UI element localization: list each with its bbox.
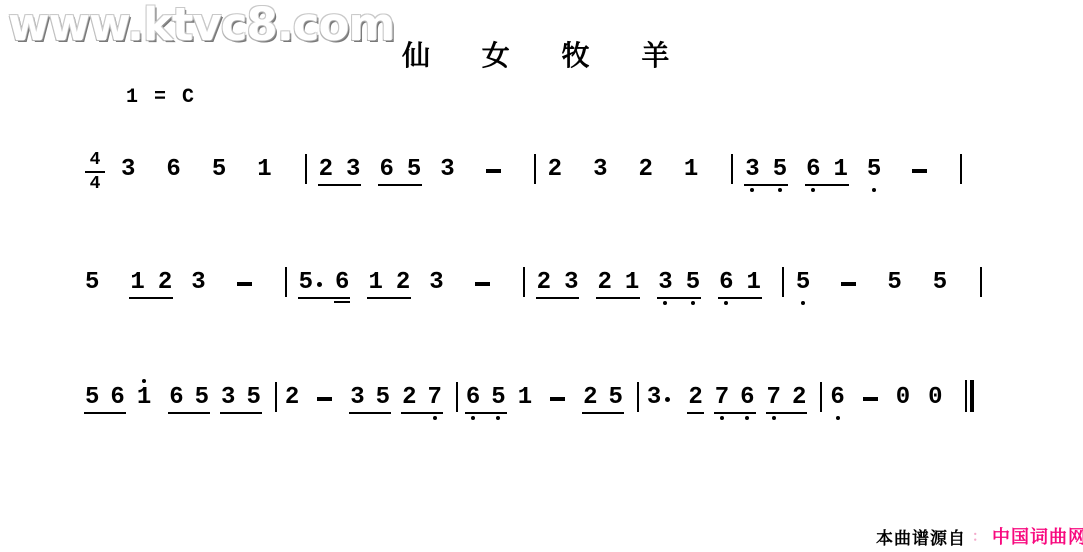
note: 5 (195, 386, 209, 410)
note-digit: 5 (933, 271, 947, 295)
barline (275, 382, 277, 412)
duration-dash (475, 282, 490, 286)
octave-dot-low (745, 416, 749, 420)
note: 2 (158, 271, 172, 295)
note-digit: 2 (597, 271, 611, 295)
fraction-line (85, 171, 105, 173)
note-digit: 6 (166, 158, 180, 182)
barline (782, 267, 784, 297)
note-digit: 2 (158, 271, 172, 295)
footer: 本曲谱源自 ： 中国词曲网 (876, 523, 1083, 549)
note: 2 (537, 271, 551, 295)
beam-group: 72 (767, 386, 807, 410)
note: 7 (767, 386, 781, 410)
note-digit: 5 (85, 386, 99, 410)
beam-underline (718, 297, 762, 299)
final-barline-thick (970, 380, 974, 412)
note: 2 (597, 271, 611, 295)
note: 2 (688, 386, 702, 410)
note: 5 (867, 158, 881, 182)
note-digit: 7 (767, 386, 781, 410)
note-digit: 6 (379, 158, 393, 182)
note-digit: 6 (740, 386, 754, 410)
note-digit: 5 (686, 271, 700, 295)
note-digit: 3 (346, 158, 360, 182)
note: 3 (221, 386, 235, 410)
note-digit: 5 (246, 386, 260, 410)
note: 1 (834, 158, 848, 182)
note: 2 (402, 386, 416, 410)
beam-underline (129, 297, 173, 299)
beam-group: 35 (745, 158, 787, 182)
rest-note: 0 (896, 386, 910, 410)
note: 6 (806, 158, 820, 182)
note-digit: 3 (121, 158, 135, 182)
note: 5 (686, 271, 700, 295)
octave-dot-low (691, 301, 695, 305)
note: 3 (745, 158, 759, 182)
beam-underline (318, 184, 362, 186)
note: 6 (169, 386, 183, 410)
note: 5 (376, 386, 390, 410)
note-digit: 3 (350, 386, 364, 410)
duration-dash (863, 397, 878, 401)
final-barline (965, 380, 974, 412)
note-digit: 6 (719, 271, 733, 295)
note-digit: 5 (195, 386, 209, 410)
note-digit: 3 (564, 271, 578, 295)
beam-group: 12 (368, 271, 410, 295)
barline (534, 154, 536, 184)
note: 5 (212, 158, 226, 182)
beam-group: 61 (806, 158, 848, 182)
octave-dot-low (471, 416, 475, 420)
note: 6 (466, 386, 480, 410)
duration-dash (841, 282, 856, 286)
notation-line-2: 51235612323213561555 (85, 265, 994, 295)
note-digit: 3 (191, 271, 205, 295)
octave-dot-low (836, 416, 840, 420)
beam-group: 35 (221, 386, 261, 410)
beam-group: 35 (350, 386, 390, 410)
beam-group: 2 (688, 386, 702, 410)
octave-dot-low (811, 188, 815, 192)
rest-note: 0 (928, 386, 942, 410)
note-digit: 2 (396, 271, 410, 295)
watermark: www.ktvc8.com (8, 0, 394, 51)
beam-underline (536, 297, 580, 299)
note: 3 (121, 158, 135, 182)
note-digit: 3 (593, 158, 607, 182)
note: 3 (647, 386, 670, 410)
note: 6 (719, 271, 733, 295)
note-digit: 6 (169, 386, 183, 410)
note-digit: 1 (625, 271, 639, 295)
beam-group: 65 (169, 386, 209, 410)
beam-group: 35 (658, 271, 700, 295)
notation-line-3: 56165352352765125327672600 (85, 380, 974, 410)
note: 1 (137, 386, 151, 410)
augmentation-dot (665, 397, 670, 402)
note: 3 (346, 158, 360, 182)
augmentation-dot (317, 282, 322, 287)
note: 5 (796, 271, 810, 295)
note-digit: 0 (896, 386, 910, 410)
note-digit: 2 (688, 386, 702, 410)
note: 2 (319, 158, 333, 182)
beam-underline (687, 412, 703, 414)
note: 5 (887, 271, 901, 295)
duration-dash (486, 169, 501, 173)
octave-dot-low (750, 188, 754, 192)
octave-dot-high (142, 379, 146, 383)
note: 5 (407, 158, 421, 182)
barline (637, 382, 639, 412)
barline (523, 267, 525, 297)
note-digit: 2 (285, 386, 299, 410)
note: 1 (368, 271, 382, 295)
note: 3 (440, 158, 454, 182)
octave-dot-low (872, 188, 876, 192)
note: 5 (85, 386, 99, 410)
note-digit: 5 (85, 271, 99, 295)
beam-underline (582, 412, 624, 414)
note: 5 (609, 386, 623, 410)
beam-group: 56 (85, 386, 125, 410)
source-site-link[interactable]: 中国词曲网 (992, 523, 1083, 549)
barline (960, 154, 962, 184)
note-digit: 2 (319, 158, 333, 182)
note-digit: 2 (402, 386, 416, 410)
note-digit: 3 (440, 158, 454, 182)
note: 6 (335, 271, 349, 295)
note: 6 (830, 386, 844, 410)
beam-underline (465, 412, 507, 414)
note: 3 (658, 271, 672, 295)
note-digit: 3 (745, 158, 759, 182)
note-digit: 7 (427, 386, 441, 410)
beam-underline (367, 297, 411, 299)
note: 6 (740, 386, 754, 410)
note-digit: 6 (335, 271, 349, 295)
beam-group: 12 (130, 271, 172, 295)
beam-group: 76 (715, 386, 755, 410)
sheet-music-page: www.ktvc8.com 仙 女 牧 羊 1 = C 443651236532… (0, 0, 1083, 552)
note: 5 (491, 386, 505, 410)
note-digit: 3 (221, 386, 235, 410)
beam-group: 65 (379, 158, 421, 182)
beam-underline (766, 412, 808, 414)
note: 5 (299, 271, 322, 295)
note: 2 (285, 386, 299, 410)
beam-group: 56 (299, 271, 350, 295)
beam-underline (378, 184, 422, 186)
note-digit: 6 (806, 158, 820, 182)
note: 2 (583, 386, 597, 410)
note-digit: 1 (130, 271, 144, 295)
note: 1 (684, 158, 698, 182)
octave-dot-low (724, 301, 728, 305)
octave-dot-low (778, 188, 782, 192)
note: 3 (429, 271, 443, 295)
beam-group: 25 (583, 386, 623, 410)
note-digit: 5 (491, 386, 505, 410)
note-digit: 6 (830, 386, 844, 410)
note: 2 (792, 386, 806, 410)
note-digit: 0 (928, 386, 942, 410)
beam-underline (220, 412, 262, 414)
beam-group: 21 (597, 271, 639, 295)
notation-line-1: 44365123653232135615 (85, 152, 974, 182)
sixteenth-underline (334, 301, 350, 303)
barline (980, 267, 982, 297)
beam-group: 61 (719, 271, 761, 295)
barline (731, 154, 733, 184)
note: 3 (350, 386, 364, 410)
beam-group: 65 (466, 386, 506, 410)
note: 1 (130, 271, 144, 295)
note-digit: 5 (887, 271, 901, 295)
source-separator: ： (972, 526, 986, 546)
note-digit: 1 (518, 386, 532, 410)
duration-dash (912, 169, 927, 173)
time-signature: 44 (85, 151, 105, 193)
note: 5 (85, 271, 99, 295)
note: 2 (396, 271, 410, 295)
beam-group: 23 (319, 158, 361, 182)
note-digit: 1 (368, 271, 382, 295)
note: 5 (246, 386, 260, 410)
duration-dash (237, 282, 252, 286)
note: 5 (933, 271, 947, 295)
final-barline-thin (965, 380, 967, 412)
note-digit: 3 (658, 271, 672, 295)
beam-underline (596, 297, 640, 299)
note: 6 (110, 386, 124, 410)
octave-dot-low (801, 301, 805, 305)
key-signature: 1 = C (126, 86, 196, 109)
note: 1 (518, 386, 532, 410)
note-digit: 1 (834, 158, 848, 182)
note-digit: 1 (684, 158, 698, 182)
note-digit: 1 (747, 271, 761, 295)
note-digit: 6 (110, 386, 124, 410)
barline (456, 382, 458, 412)
note-digit: 5 (867, 158, 881, 182)
beam-group: 27 (402, 386, 442, 410)
beam-underline (401, 412, 443, 414)
octave-dot-low (433, 416, 437, 420)
note: 1 (257, 158, 271, 182)
note: 6 (379, 158, 393, 182)
note: 3 (191, 271, 205, 295)
note-digit: 3 (429, 271, 443, 295)
beam-underline (714, 412, 756, 414)
duration-dash (550, 397, 565, 401)
note-digit: 3 (647, 386, 661, 410)
note-digit: 5 (773, 158, 787, 182)
note: 7 (427, 386, 441, 410)
beam-underline (298, 297, 351, 299)
duration-dash (317, 397, 332, 401)
note-digit: 5 (796, 271, 810, 295)
note-digit: 1 (257, 158, 271, 182)
beam-underline (744, 184, 788, 186)
note-digit: 5 (212, 158, 226, 182)
note: 3 (564, 271, 578, 295)
beam-underline (805, 184, 849, 186)
note-digit: 5 (376, 386, 390, 410)
note: 7 (715, 386, 729, 410)
source-label: 本曲谱源自 (876, 524, 966, 549)
note-digit: 2 (638, 158, 652, 182)
octave-dot-low (496, 416, 500, 420)
note-digit: 2 (583, 386, 597, 410)
note: 3 (593, 158, 607, 182)
note-digit: 2 (792, 386, 806, 410)
note-digit: 5 (407, 158, 421, 182)
octave-dot-low (772, 416, 776, 420)
beam-group: 23 (537, 271, 579, 295)
note-digit: 2 (548, 158, 562, 182)
note: 1 (625, 271, 639, 295)
note-digit: 2 (537, 271, 551, 295)
note-digit: 6 (466, 386, 480, 410)
beam-underline (657, 297, 701, 299)
time-signature-numerator: 4 (90, 151, 101, 169)
note: 6 (166, 158, 180, 182)
octave-dot-low (720, 416, 724, 420)
barline (285, 267, 287, 297)
note-digit: 7 (715, 386, 729, 410)
note: 5 (773, 158, 787, 182)
note-digit: 5 (609, 386, 623, 410)
song-title: 仙 女 牧 羊 (402, 34, 691, 74)
note: 2 (548, 158, 562, 182)
note-digit: 1 (137, 386, 151, 410)
barline (820, 382, 822, 412)
note: 1 (747, 271, 761, 295)
beam-underline (349, 412, 391, 414)
octave-dot-low (663, 301, 667, 305)
note: 2 (638, 158, 652, 182)
time-signature-denominator: 4 (90, 175, 101, 193)
note-digit: 5 (299, 271, 313, 295)
beam-underline (84, 412, 126, 414)
beam-underline (168, 412, 210, 414)
barline (305, 154, 307, 184)
